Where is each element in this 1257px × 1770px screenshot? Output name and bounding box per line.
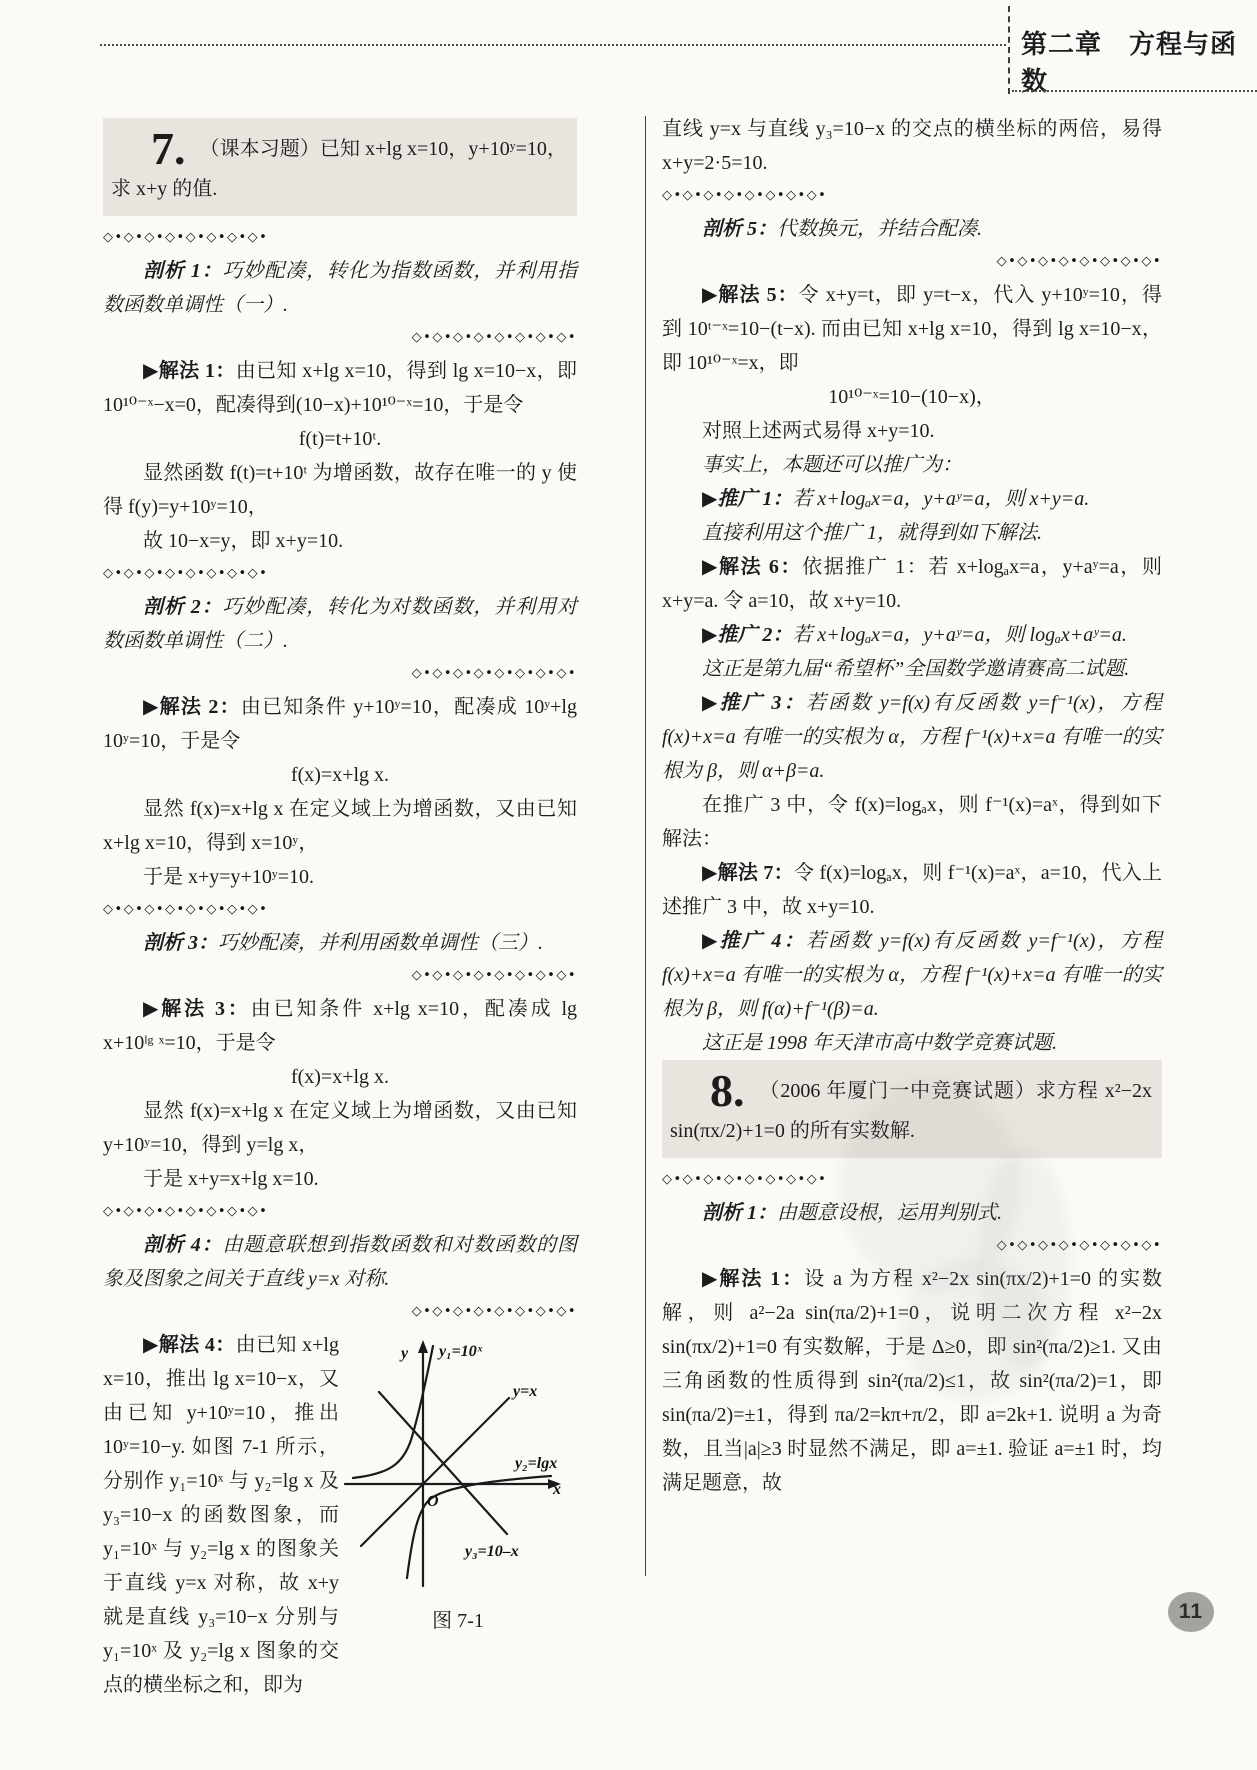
extension-label: ▶推广 2：: [702, 624, 792, 646]
text-paragraph: 显然 f(x)=x+lg x 在定义域上为增函数，又由已知 x+lg x=10，…: [103, 792, 577, 860]
problem-box: 7.（课本习题）已知 x+lg x=10，y+10ʸ=10，求 x+y 的值.: [103, 118, 577, 216]
paragraph-text: 若 x+logₐx=a，y+aʸ=a，则 x+y=a.: [792, 488, 1089, 510]
x-axis-label: x: [552, 1481, 561, 1498]
ornament-separator: ◇•◇•◇•◇•◇•◇•◇•◇•: [103, 229, 577, 247]
column-divider-rule: [645, 116, 646, 1576]
analysis-paragraph: 剖析 3：巧妙配凑，并利用函数单调性（三）.: [103, 926, 577, 960]
exp-curve-label: y₁=10ˣ: [437, 1343, 483, 1360]
log-curve: [407, 1476, 551, 1578]
figure-caption: 图 7-1: [339, 1604, 577, 1638]
paragraph-text: 若 x+logₐx=a，y+aʸ=a，则 logₐx+aʸ=a.: [792, 624, 1127, 646]
extension-label: ▶推广 1：: [702, 488, 792, 510]
solution-label: ▶解法 6：: [702, 556, 802, 578]
solution-4-block: y x O y₁=10ˣ y=x y₂=lgx y₃=10–x 图 7-1 ▶解…: [103, 1328, 577, 1702]
analysis-label: 剖析 3：: [143, 932, 218, 954]
paragraph-text: 代数换元，并结合配凑.: [777, 218, 982, 240]
y-axis-label: y: [399, 1345, 409, 1362]
analysis-paragraph: 剖析 1：巧妙配凑，转化为指数函数，并利用指数函数单调性（一）.: [103, 254, 577, 322]
ornament-separator: ◇•◇•◇•◇•◇•◇•◇•◇•: [103, 665, 577, 683]
analysis-paragraph: 剖析 5：代数换元，并结合配凑.: [662, 212, 1162, 246]
ornament-separator: ◇•◇•◇•◇•◇•◇•◇•◇•: [662, 253, 1162, 271]
solution-paragraph: ▶解法 5：令 x+y=t，即 y=t−x，代入 y+10ʸ=10，得到 10ᵗ…: [662, 278, 1162, 380]
math-line: f(t)=t+10ᵗ.: [103, 422, 577, 456]
solution-paragraph: ▶解法 1：由已知 x+lg x=10，得到 lg x=10−x，即 10¹⁰⁻…: [103, 354, 577, 422]
header-dotted-rule: [100, 44, 1006, 46]
analysis-label: 剖析 2：: [143, 596, 223, 618]
ornament-separator: ◇•◇•◇•◇•◇•◇•◇•◇•: [662, 187, 1162, 205]
text-paragraph: 故 10−x=y，即 x+y=10.: [103, 524, 577, 558]
problem-number: 8.: [670, 1065, 759, 1116]
y-axis-arrow: [418, 1340, 428, 1353]
paragraph-text: 巧妙配凑，并利用函数单调性（三）.: [218, 932, 543, 954]
solution-paragraph: ▶解法 6：依据推广 1：若 x+logₐx=a，y+aʸ=a，则 x+y=a.…: [662, 550, 1162, 618]
extension-paragraph: ▶推广 2：若 x+logₐx=a，y+aʸ=a，则 logₐx+aʸ=a.: [662, 618, 1162, 652]
solution-paragraph: ▶解法 7：令 f(x)=logₐx，则 f⁻¹(x)=aˣ，a=10，代入上述…: [662, 856, 1162, 924]
scan-smudge: [980, 1150, 1070, 1370]
linear-line-label: y₃=10–x: [463, 1543, 519, 1560]
text-paragraph: 这正是第九届“希望杯”全国数学邀请赛高二试题.: [662, 652, 1162, 686]
problem-number: 7.: [111, 123, 200, 174]
extension-paragraph: ▶推广 3：若函数 y=f(x)有反函数 y=f⁻¹(x)，方程 f(x)+x=…: [662, 686, 1162, 788]
solution-label: ▶解法 4：: [143, 1334, 236, 1356]
solution-label: ▶解法 3：: [143, 998, 251, 1020]
solution-label: ▶解法 1：: [702, 1268, 804, 1290]
extension-label: ▶推广 3：: [702, 692, 806, 714]
solution-paragraph: ▶解法 2：由已知条件 y+10ʸ=10，配凑成 10ʸ+lg 10ʸ=10，于…: [103, 690, 577, 758]
text-paragraph: 在推广 3 中，令 f(x)=logₐx，则 f⁻¹(x)=aˣ，得到如下解法：: [662, 788, 1162, 856]
book-page: 第二章 方程与函数 7.（课本习题）已知 x+lg x=10，y+10ʸ=10，…: [0, 0, 1257, 1770]
extension-label: ▶推广 4：: [702, 930, 806, 952]
text-paragraph: 显然 f(x)=x+lg x 在定义域上为增函数，又由已知 y+10ʸ=10，得…: [103, 1094, 577, 1162]
log-curve-label: y₂=lgx: [513, 1455, 557, 1472]
paragraph-text: 由已知 x+lg x=10，推出 lg x=10−x，又由已知 y+10ʸ=10…: [103, 1334, 339, 1696]
figure-7-1-plot: y x O y₁=10ˣ y=x y₂=lgx y₃=10–x: [339, 1334, 571, 1594]
analysis-label: 剖析 1：: [702, 1202, 777, 1224]
solution-label: ▶解法 2：: [143, 696, 241, 718]
text-paragraph: 事实上，本题还可以推广为：: [662, 448, 1162, 482]
solution-label: ▶解法 1：: [143, 360, 236, 382]
text-paragraph: 于是 x+y=y+10ʸ=10.: [103, 860, 577, 894]
text-paragraph: 显然函数 f(t)=t+10ᵗ 为增函数，故存在唯一的 y 使得 f(y)=y+…: [103, 456, 577, 524]
analysis-label: 剖析 5：: [702, 218, 777, 240]
text-paragraph: 这正是 1998 年天津市高中数学竞赛试题.: [662, 1026, 1162, 1060]
math-line: f(x)=x+lg x.: [103, 758, 577, 792]
chapter-title: 第二章 方程与函数: [1021, 24, 1257, 98]
identity-line-label: y=x: [511, 1383, 537, 1400]
header-divider-line: [1008, 6, 1010, 94]
text-paragraph: 直线 y=x 与直线 y₃=10−x 的交点的横坐标的两倍，易得 x+y=2·5…: [662, 112, 1162, 180]
analysis-paragraph: 剖析 4：由题意联想到指数函数和对数函数的图象及图象之间关于直线 y=x 对称.: [103, 1228, 577, 1296]
math-line: 10¹⁰⁻ˣ=10−(10−x)，: [662, 380, 1162, 414]
analysis-paragraph: 剖析 2：巧妙配凑，转化为对数函数，并利用对数函数单调性（二）.: [103, 590, 577, 658]
page-number-badge: 11: [1168, 1592, 1214, 1632]
ornament-separator: ◇•◇•◇•◇•◇•◇•◇•◇•: [103, 1303, 577, 1321]
ornament-separator: ◇•◇•◇•◇•◇•◇•◇•◇•: [103, 565, 577, 583]
solution-label: ▶解法 5：: [702, 284, 799, 306]
ornament-separator: ◇•◇•◇•◇•◇•◇•◇•◇•: [103, 1203, 577, 1221]
analysis-label: 剖析 1：: [143, 260, 223, 282]
extension-paragraph: ▶推广 4：若函数 y=f(x)有反函数 y=f⁻¹(x)，方程 f(x)+x=…: [662, 924, 1162, 1026]
solution-paragraph: ▶解法 3：由已知条件 x+lg x=10，配凑成 lg x+10ˡᵍ ˣ=10…: [103, 992, 577, 1060]
ornament-separator: ◇•◇•◇•◇•◇•◇•◇•◇•: [103, 967, 577, 985]
exp-curve: [353, 1346, 433, 1478]
text-paragraph: 直接利用这个推广 1，就得到如下解法.: [662, 516, 1162, 550]
text-paragraph: 于是 x+y=x+lg x=10.: [103, 1162, 577, 1196]
extension-paragraph: ▶推广 1：若 x+logₐx=a，y+aʸ=a，则 x+y=a.: [662, 482, 1162, 516]
ornament-separator: ◇•◇•◇•◇•◇•◇•◇•◇•: [103, 901, 577, 919]
text-paragraph: 对照上述两式易得 x+y=10.: [662, 414, 1162, 448]
ornament-separator: ◇•◇•◇•◇•◇•◇•◇•◇•: [103, 329, 577, 347]
math-line: f(x)=x+lg x.: [103, 1060, 577, 1094]
analysis-label: 剖析 4：: [143, 1234, 223, 1256]
header-dotted-rule-right: [1012, 90, 1257, 92]
figure-7-1: y x O y₁=10ˣ y=x y₂=lgx y₃=10–x 图 7-1: [339, 1334, 577, 1638]
origin-label: O: [427, 1493, 439, 1510]
left-column: 7.（课本习题）已知 x+lg x=10，y+10ʸ=10，求 x+y 的值.◇…: [103, 118, 577, 1702]
solution-label: ▶解法 7：: [702, 862, 794, 884]
